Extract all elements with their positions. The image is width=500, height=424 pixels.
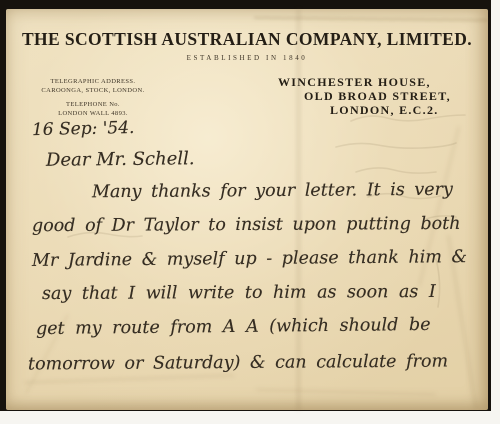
established-line: ESTABLISHED IN 1840	[6, 54, 488, 62]
handwriting-line: Many thanks for your letter. It is very	[92, 180, 453, 203]
photo-scene: THE SCOTTISH AUSTRALIAN COMPANY, LIMITED…	[0, 0, 500, 424]
address-line-3: LONDON, E.C.2.	[330, 103, 439, 118]
handwriting-line: good of Dr Taylor to insist upon putting…	[32, 214, 461, 236]
handwritten-salutation: Dear Mr. Schell.	[46, 148, 195, 171]
telegraphic-address-value: CAROONGA, STOCK, LONDON.	[22, 86, 164, 95]
paper-crease-bottom-2	[256, 389, 436, 396]
handwriting-line: Mr Jardine & myself up - please thank hi…	[32, 247, 467, 271]
ink-show-through	[6, 9, 488, 410]
handwriting-line: say that I will write to him as soon as …	[42, 282, 436, 304]
address-line-2: OLD BROAD STREET,	[304, 89, 451, 104]
handwritten-date: 16 Sep: '54.	[32, 118, 135, 140]
address-line-1: WINCHESTER HOUSE,	[278, 75, 431, 90]
paper-crease-top	[254, 17, 488, 21]
telegraphic-address-block: TELEGRAPHIC ADDRESS. CAROONGA, STOCK, LO…	[22, 77, 164, 119]
telephone-value: LONDON WALL 4893.	[22, 109, 164, 118]
paper-fold-vertical	[297, 9, 300, 410]
company-name: THE SCOTTISH AUSTRALIAN COMPANY, LIMITED…	[6, 29, 488, 50]
telegraphic-address-label: TELEGRAPHIC ADDRESS.	[22, 77, 164, 86]
handwriting-line: get my route from A A (which should be	[36, 315, 431, 339]
paper-crease-bottom-1	[24, 374, 234, 383]
handwriting-line: tomorrow or Saturday) & can calculate fr…	[28, 352, 448, 375]
telephone-label: TELEPHONE No.	[22, 100, 164, 109]
letter-paper: THE SCOTTISH AUSTRALIAN COMPANY, LIMITED…	[6, 9, 488, 410]
